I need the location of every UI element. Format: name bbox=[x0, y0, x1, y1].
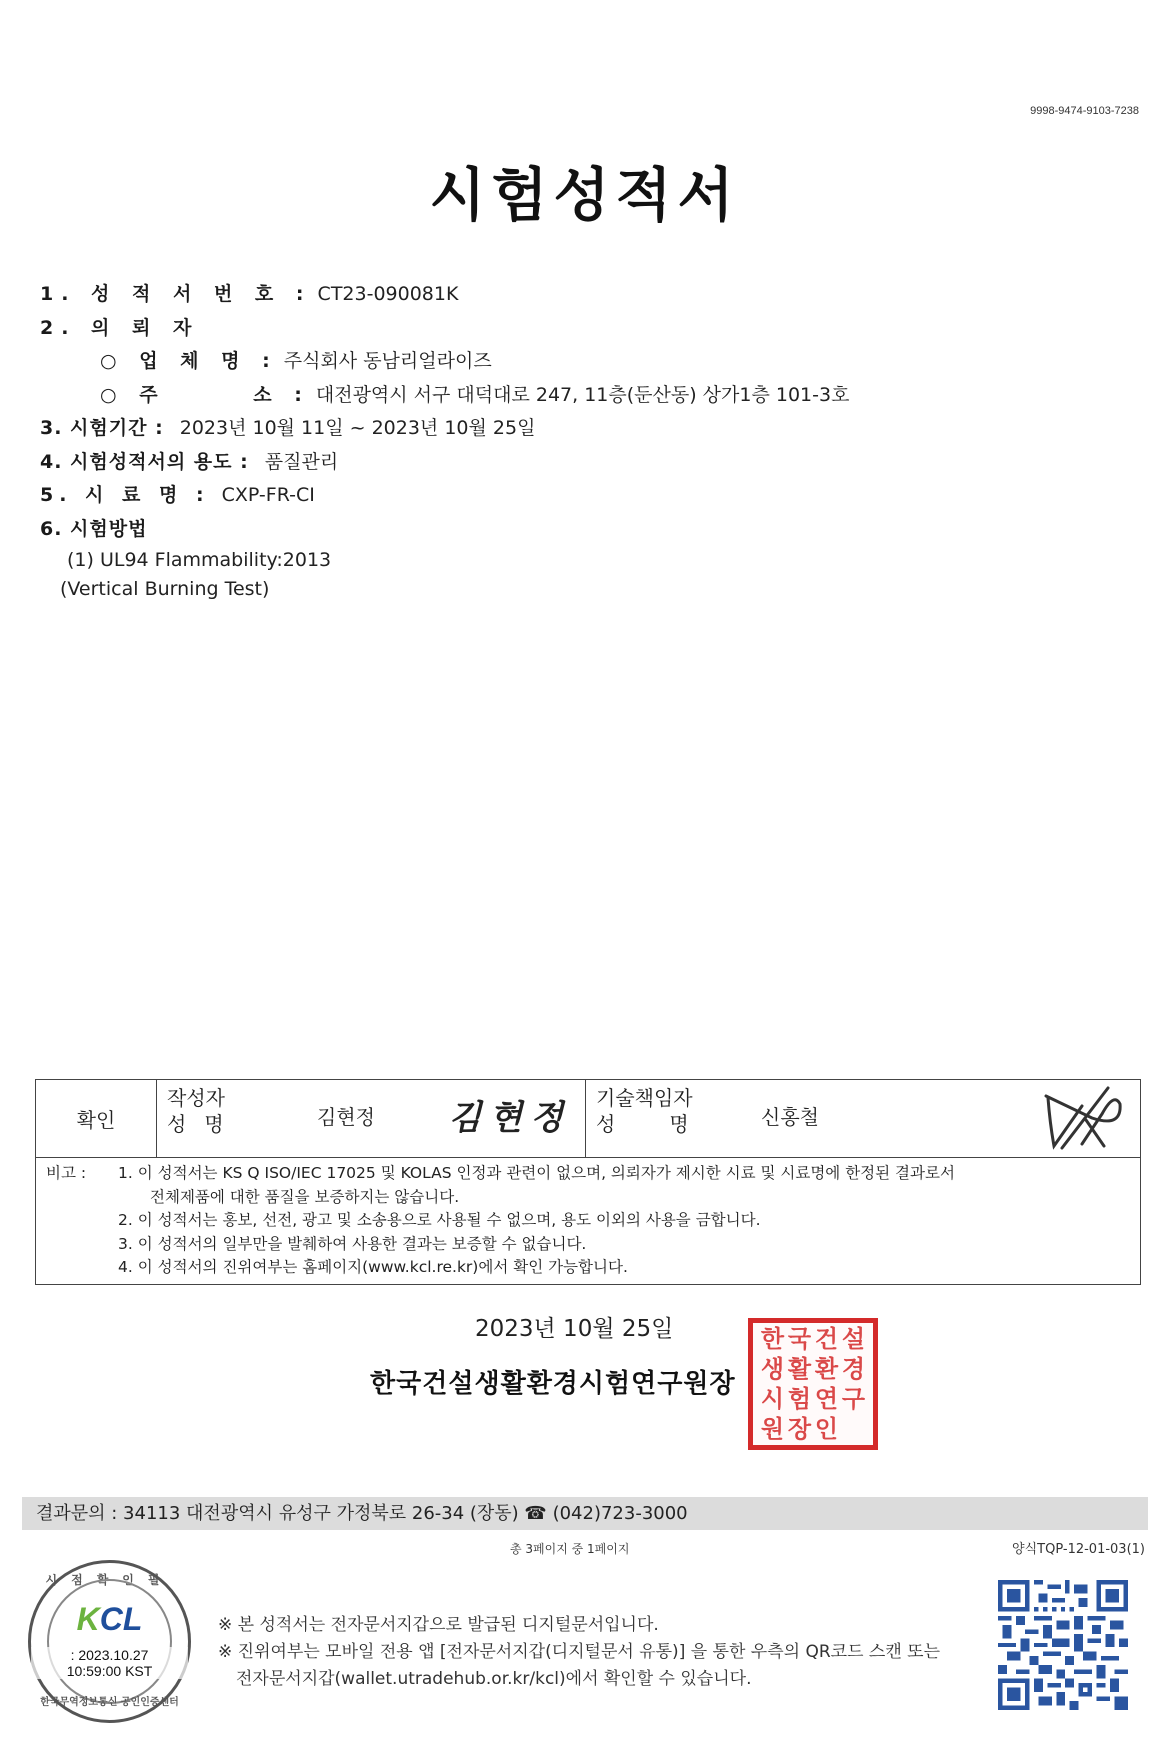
notes-label: 비고 : bbox=[46, 1162, 118, 1186]
test-method-line: (1) UL94 Flammability:2013 bbox=[40, 546, 849, 575]
stamp-date: : 2023.10.27 bbox=[31, 1647, 188, 1663]
page-title: 시험성적서 bbox=[0, 148, 1169, 232]
notes-cell: 비고 :1. 이 성적서는 KS Q ISO/IEC 17025 및 KOLAS… bbox=[36, 1158, 1141, 1285]
field-value: CT23-090081K bbox=[318, 283, 459, 305]
field-client: 2. 의 뢰 자 bbox=[40, 312, 849, 346]
form-number: 양식TQP-12-01-03(1) bbox=[1012, 1538, 1145, 1557]
seal-char: 구 bbox=[840, 1384, 867, 1414]
field-label: 4. 시험성적서의 용도 : bbox=[40, 451, 249, 473]
qr-code-icon[interactable] bbox=[998, 1580, 1128, 1710]
stamp-clock: 10:59:00 KST bbox=[31, 1663, 188, 1679]
field-test-period: 3. 시험기간 : 2023년 10월 11일 ~ 2023년 10월 25일 bbox=[40, 412, 849, 446]
tech-manager-name: 신홍철 bbox=[761, 1101, 819, 1130]
field-value: 품질관리 bbox=[255, 451, 338, 473]
note-text: 이 성적서는 홍보, 선전, 광고 및 소송용으로 사용될 수 없으며, 용도 … bbox=[138, 1211, 761, 1229]
stamp-time: : 2023.10.27 10:59:00 KST bbox=[31, 1647, 188, 1679]
field-value: CXP-FR-CI bbox=[216, 484, 315, 506]
field-purpose: 4. 시험성적서의 용도 : 품질관리 bbox=[40, 446, 849, 480]
author-label: 작성자 bbox=[167, 1086, 225, 1110]
seal-char: 험 bbox=[786, 1384, 813, 1414]
seal-char: 장 bbox=[786, 1414, 813, 1444]
field-label: ○ 주 소 : bbox=[100, 384, 310, 406]
author-name-label: 성명 bbox=[167, 1112, 242, 1136]
note-text: 이 성적서는 KS Q ISO/IEC 17025 및 KOLAS 인정과 관련… bbox=[138, 1164, 955, 1182]
seal-char: 인 bbox=[813, 1414, 840, 1444]
field-value: 주식회사 동남리얼라이즈 bbox=[284, 350, 492, 372]
notice-line: ※ 진위여부는 모바일 전용 앱 [전자문서지갑(디지털문서 유통)] 을 통한… bbox=[218, 1639, 940, 1666]
seal-char: 설 bbox=[840, 1324, 867, 1354]
timestamp-stamp: 시점확인필 KCL : 2023.10.27 10:59:00 KST 한국무역… bbox=[28, 1560, 191, 1723]
tech-manager-label: 기술책임자 bbox=[596, 1086, 693, 1110]
notice-line: ※ 본 성적서는 전자문서지갑으로 발급된 디지털문서입니다. bbox=[218, 1612, 940, 1639]
note-text: 이 성적서의 진위여부는 홈페이지(www.kcl.re.kr)에서 확인 가능… bbox=[138, 1258, 628, 1276]
seal-char: 활 bbox=[786, 1354, 813, 1384]
note-item: 4. 이 성적서의 진위여부는 홈페이지(www.kcl.re.kr)에서 확인… bbox=[46, 1256, 1132, 1280]
official-seal: 한 국 건 설 생 활 환 경 시 험 연 구 원 장 인 bbox=[748, 1318, 878, 1450]
seal-char: 연 bbox=[813, 1384, 840, 1414]
note-item: 2. 이 성적서는 홍보, 선전, 광고 및 소송용으로 사용될 수 없으며, … bbox=[46, 1209, 1132, 1233]
note-item: 비고 :1. 이 성적서는 KS Q ISO/IEC 17025 및 KOLAS… bbox=[46, 1162, 1132, 1186]
seal-char: 국 bbox=[786, 1324, 813, 1354]
field-label: 6. 시험방법 bbox=[40, 518, 147, 540]
note-text: 이 성적서의 일부만을 발췌하여 사용한 결과는 보증할 수 없습니다. bbox=[138, 1235, 587, 1253]
field-label: 3. 시험기간 : bbox=[40, 417, 164, 439]
seal-char: 한 bbox=[759, 1324, 786, 1354]
field-label: 5. 시 료 명 : bbox=[40, 484, 210, 506]
field-report-no: 1. 성 적 서 번 호 : CT23-090081K bbox=[40, 278, 849, 312]
note-number: 3. bbox=[118, 1235, 133, 1253]
stamp-bottom-text: 한국무역정보통신 공인인증센터 bbox=[31, 1693, 188, 1708]
handwritten-signature-icon bbox=[1042, 1084, 1128, 1152]
institution-name: 한국건설생활환경시험연구원장 bbox=[370, 1363, 736, 1400]
seal-char: 시 bbox=[759, 1384, 786, 1414]
field-label: ○ 업 체 명 : bbox=[100, 350, 278, 372]
document-number: 9998-9474-9103-7238 bbox=[1030, 105, 1139, 117]
field-label: 1. 성 적 서 번 호 : bbox=[40, 283, 312, 305]
page-info: 총 3페이지 중 1페이지 bbox=[510, 1540, 629, 1557]
author-name: 김현정 bbox=[317, 1101, 375, 1130]
seal-char bbox=[840, 1414, 867, 1444]
tech-manager-name-label: 성명 bbox=[596, 1112, 743, 1136]
seal-char: 건 bbox=[813, 1324, 840, 1354]
contact-bar: 결과문의 : 34113 대전광역시 유성구 가정북로 26-34 (장동) ☎… bbox=[22, 1497, 1148, 1530]
issue-date: 2023년 10월 25일 bbox=[475, 1310, 673, 1343]
field-value: 2023년 10월 11일 ~ 2023년 10월 25일 bbox=[170, 417, 536, 439]
digital-document-notice: ※ 본 성적서는 전자문서지갑으로 발급된 디지털문서입니다. ※ 진위여부는 … bbox=[218, 1612, 940, 1693]
seal-char: 생 bbox=[759, 1354, 786, 1384]
field-value: 대전광역시 서구 대덕대로 247, 11층(둔산동) 상가1층 101-3호 bbox=[316, 384, 850, 406]
kcl-logo-icon: KCL bbox=[31, 1601, 188, 1638]
notice-line: 전자문서지갑(wallet.utradehub.or.kr/kcl)에서 확인할… bbox=[218, 1666, 940, 1693]
note-continuation: 전체제품에 대한 품질을 보증하지는 않습니다. bbox=[46, 1186, 1132, 1210]
field-label: 2. 의 뢰 자 bbox=[40, 317, 199, 339]
field-sample-name: 5. 시 료 명 : CXP-FR-CI bbox=[40, 479, 849, 513]
report-fields: 1. 성 적 서 번 호 : CT23-090081K 2. 의 뢰 자 ○ 업… bbox=[40, 278, 849, 604]
author-signature: 김현정 bbox=[448, 1090, 571, 1139]
tech-manager-cell: 기술책임자 성명 신홍철 bbox=[586, 1080, 1141, 1158]
signature-table: 확인 작성자 성명 김현정 김현정 기술책임자 성명 신홍철 비고 :1. 이 … bbox=[35, 1079, 1141, 1285]
confirm-cell: 확인 bbox=[36, 1080, 157, 1158]
seal-char: 경 bbox=[840, 1354, 867, 1384]
field-test-method: 6. 시험방법 bbox=[40, 513, 849, 547]
test-method-line: (Vertical Burning Test) bbox=[40, 575, 849, 604]
stamp-inner-ring bbox=[47, 1579, 172, 1704]
author-cell: 작성자 성명 김현정 김현정 bbox=[157, 1080, 586, 1158]
field-company: ○ 업 체 명 : 주식회사 동남리얼라이즈 bbox=[40, 345, 849, 379]
note-number: 4. bbox=[118, 1258, 133, 1276]
note-number: 2. bbox=[118, 1211, 133, 1229]
field-address: ○ 주 소 : 대전광역시 서구 대덕대로 247, 11층(둔산동) 상가1층… bbox=[40, 379, 849, 413]
note-item: 3. 이 성적서의 일부만을 발췌하여 사용한 결과는 보증할 수 없습니다. bbox=[46, 1233, 1132, 1257]
seal-char: 원 bbox=[759, 1414, 786, 1444]
seal-char: 환 bbox=[813, 1354, 840, 1384]
note-number: 1. bbox=[118, 1164, 133, 1182]
